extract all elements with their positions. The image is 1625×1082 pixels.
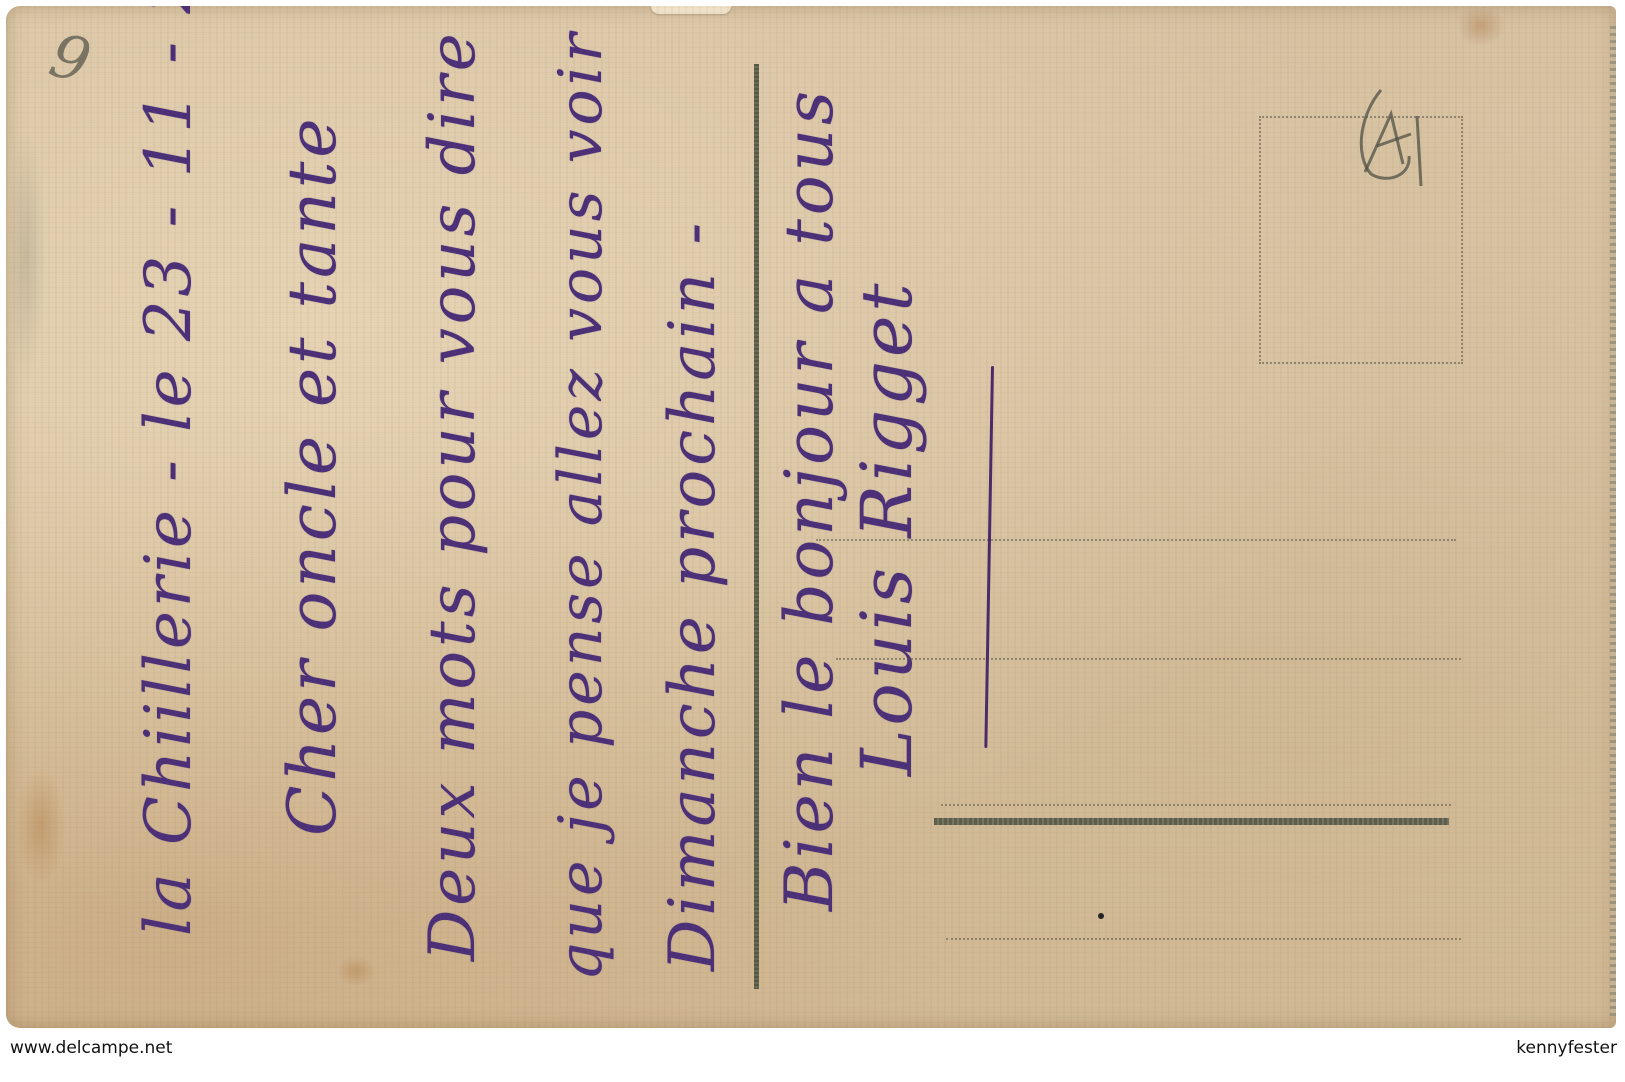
handwriting-salutation: Cher oncle et tante bbox=[274, 115, 351, 836]
handwriting-line-4: que je pense allez vous voir bbox=[546, 29, 616, 981]
stamp-box bbox=[1259, 116, 1463, 364]
handwriting-line-3: Deux mots pour vous dire bbox=[416, 29, 490, 961]
address-line-2 bbox=[836, 658, 1461, 660]
handwriting-line-6: Bien le bonjour a tous bbox=[771, 87, 848, 911]
address-line-1 bbox=[816, 539, 1456, 541]
card-edge bbox=[1610, 26, 1616, 1016]
source-watermark: www.delcampe.net bbox=[10, 1038, 172, 1058]
pencil-mark-top-left: 9 bbox=[43, 20, 98, 97]
handwriting-place-date: la Chiillerie - le 23 - 11 - 26 bbox=[132, 6, 206, 936]
handwriting-signature: Louis Rigget bbox=[846, 279, 928, 776]
torn-paper-tab bbox=[651, 6, 731, 14]
ink-dot bbox=[1098, 913, 1104, 919]
stain bbox=[16, 766, 66, 886]
address-line-3 bbox=[941, 804, 1451, 806]
address-line-3-solid bbox=[934, 818, 1449, 825]
handwriting-line-5: Dimanche prochain - bbox=[656, 219, 730, 971]
seller-watermark: kennyfester bbox=[1516, 1038, 1617, 1058]
footer-bar: www.delcampe.net kennyfester bbox=[0, 1034, 1625, 1082]
postcard-back: 9 la Chiillerie - le 23 - 11 - 26 Cher o… bbox=[6, 6, 1616, 1028]
stain bbox=[6, 126, 46, 386]
stain bbox=[1456, 6, 1506, 46]
hand-drawn-ink-line bbox=[984, 366, 994, 748]
stain bbox=[336, 956, 376, 986]
address-line-4 bbox=[946, 938, 1461, 940]
center-divider-line bbox=[754, 64, 759, 989]
